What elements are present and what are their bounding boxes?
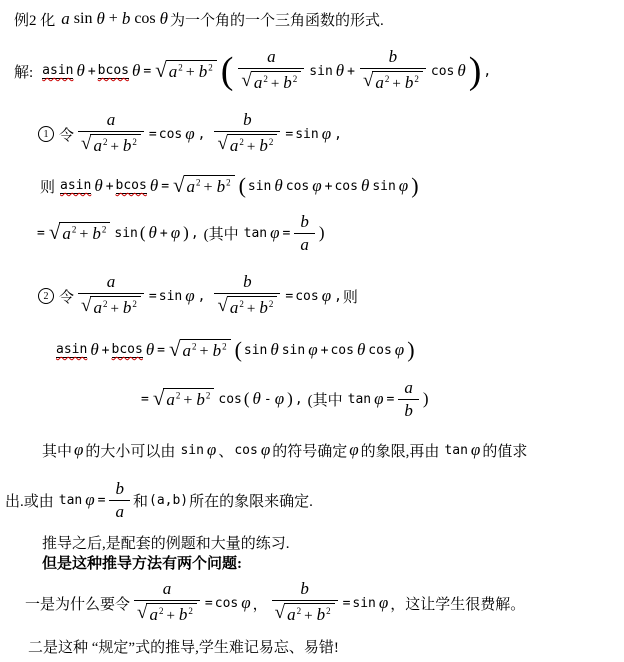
op-plus: +	[321, 343, 329, 358]
radicand: a2+b2	[90, 134, 140, 156]
var-phi: φ	[322, 286, 331, 306]
fn-sin: sin	[114, 226, 137, 241]
problems-heading: 但是这种推导方法有两个问题:	[42, 551, 242, 573]
fraction-denominator: √a2+b2	[214, 131, 280, 156]
op-plus: +	[186, 64, 195, 81]
op-plus: +	[88, 64, 96, 79]
fraction-numerator: b	[109, 480, 130, 500]
superscript-2: 2	[269, 299, 274, 309]
then-label: 则	[40, 176, 55, 197]
superscript-2: 2	[132, 137, 137, 147]
case1-definition: 1 令 a√a2+b2 = cos φ , b√a2+b2 = sin φ ,	[38, 102, 343, 166]
var-phi: φ	[185, 286, 194, 306]
fn-cos: cos	[218, 392, 241, 407]
var-a: a	[93, 136, 102, 155]
var-a: a	[287, 605, 296, 624]
term-bcos: bcos	[116, 178, 147, 194]
var-theta: θ	[150, 176, 158, 196]
var-a: a	[375, 73, 384, 92]
simple-fraction: ab	[398, 379, 419, 420]
var-a: a	[230, 298, 239, 317]
example-label: 例2 化	[14, 9, 55, 30]
sqrt-a2-plus-b2: √a2+b2	[49, 222, 111, 244]
numerator-var: a	[107, 110, 116, 129]
fn-cos: cos	[134, 10, 155, 28]
open-paren: (	[221, 52, 234, 90]
superscript-2: 2	[72, 224, 77, 234]
fraction-numerator: a	[161, 580, 174, 600]
op-plus: +	[79, 226, 88, 243]
close-paren: )	[287, 389, 293, 409]
superscript-2: 2	[103, 137, 108, 147]
simple-fraction: ba	[109, 480, 130, 521]
fraction-numerator: a	[398, 379, 419, 399]
open-paren: (	[140, 223, 146, 243]
op-plus: +	[102, 343, 110, 358]
solution-label: 解:	[14, 61, 33, 82]
fn-sin: sin	[248, 179, 271, 194]
denominator-var: a	[300, 235, 309, 254]
comma: ,	[191, 226, 199, 241]
numerator-var: b	[300, 212, 309, 231]
var-phi: φ	[322, 124, 331, 144]
superscript-2: 2	[206, 390, 211, 400]
comma: ,	[334, 289, 342, 304]
radicand: a2+b2	[227, 134, 277, 156]
superscript-2: 2	[188, 606, 193, 616]
superscript-2: 2	[103, 299, 108, 309]
radicand: a2+b2	[146, 603, 196, 625]
var-theta: θ	[457, 61, 465, 81]
fraction-over-sqrt: b√a2+b2	[360, 48, 426, 93]
var-theta: θ	[160, 9, 168, 29]
op-equals: =	[157, 343, 165, 358]
var-a: a	[254, 73, 263, 92]
fraction-over-sqrt: b√a2+b2	[214, 111, 280, 156]
var-b: b	[196, 390, 205, 409]
superscript-2: 2	[159, 606, 164, 616]
var-phi: φ	[379, 593, 388, 613]
document-page: 例2 化 a sin θ + b cos θ 为一个角的一个三角函数的形式. 解…	[0, 0, 624, 662]
var-phi: φ	[207, 440, 216, 460]
var-theta: θ	[96, 9, 104, 29]
sqrt-a2-plus-b2: √a2+b2	[217, 296, 277, 318]
fn-cos: cos	[286, 179, 309, 194]
var-phi: φ	[349, 440, 358, 460]
numerator-var: b	[243, 272, 252, 291]
var-phi: φ	[241, 593, 250, 613]
var-phi: φ	[312, 176, 321, 196]
example-text: 为一个角的一个三角函数的形式.	[170, 9, 384, 30]
case2-result: = √a2+b2 cos ( θ - φ ) , (其中 tan φ = ab …	[140, 370, 430, 428]
var-phi: φ	[85, 490, 94, 510]
superscript-2: 2	[239, 299, 244, 309]
text-segment: 和	[133, 490, 148, 511]
superscript-2: 2	[222, 341, 227, 351]
denominator-var: a	[115, 502, 124, 521]
op-plus: +	[204, 179, 213, 196]
op-plus: +	[247, 139, 255, 155]
phi-determination-continued: 出.或由 tan φ = ba 和 (a,b) 所在的象限来确定.	[5, 472, 313, 528]
op-plus: +	[304, 608, 312, 624]
var-theta: θ	[132, 61, 140, 81]
op-equals: =	[283, 226, 291, 241]
fraction-denominator: √a2+b2	[272, 600, 338, 625]
fraction-denominator: b	[398, 399, 419, 420]
superscript-2: 2	[297, 606, 302, 616]
op-plus: +	[166, 608, 174, 624]
sqrt-a2-plus-b2: √a2+b2	[275, 603, 335, 625]
fraction-denominator: √a2+b2	[360, 68, 426, 93]
var-a: a	[230, 136, 239, 155]
op-equals: =	[387, 392, 395, 407]
superscript-2: 2	[326, 606, 331, 616]
numerator-var: b	[389, 47, 398, 66]
var-b: b	[405, 73, 414, 92]
term-asin: asin	[56, 342, 87, 358]
phi-determination-text: 其中 φ 的大小可以由 sin φ 、 cos φ 的符号确定 φ 的象限,再由…	[42, 438, 527, 462]
fraction-denominator: √a2+b2	[214, 293, 280, 318]
var-theta: θ	[361, 176, 369, 196]
then-label: 则	[343, 286, 358, 307]
superscript-2: 2	[269, 137, 274, 147]
sqrt-a2-plus-b2: √a2+b2	[169, 339, 231, 361]
fraction-over-sqrt: b√a2+b2	[272, 580, 338, 625]
fraction-numerator: a	[105, 111, 118, 131]
fn-tan: tan	[444, 443, 467, 458]
fn-cos: cos	[334, 179, 357, 194]
text-segment: 的值求	[482, 440, 527, 461]
var-b: b	[283, 73, 292, 92]
text-segment: 一是为什么要令	[25, 593, 130, 614]
comma: ,	[483, 64, 491, 79]
op-equals: =	[149, 127, 157, 142]
superscript-2: 2	[102, 224, 107, 234]
fn-cos: cos	[234, 443, 257, 458]
case2-definition: 2 令 a√a2+b2 = sin φ , b√a2+b2 = cos φ , …	[38, 264, 358, 328]
comma: ,	[198, 289, 206, 304]
var-theta: θ	[76, 61, 84, 81]
var-a: a	[61, 9, 70, 29]
var-b: b	[92, 224, 101, 243]
fn-sin: sin	[352, 596, 375, 611]
superscript-2: 2	[176, 390, 181, 400]
op-plus: +	[106, 179, 114, 194]
var-a: a	[166, 390, 175, 409]
problem-two: 二是这种 “规定”式的推导,学生难记易忘、易错!	[28, 634, 339, 658]
fraction-denominator: √a2+b2	[238, 68, 304, 93]
op-plus: +	[110, 301, 118, 317]
term-bcos: bcos	[98, 63, 129, 79]
sqrt-a2-plus-b2: √a2+b2	[153, 388, 215, 410]
fn-sin: sin	[372, 179, 395, 194]
fraction-over-sqrt: a√a2+b2	[78, 273, 144, 318]
fn-tan: tan	[244, 226, 267, 241]
var-a: a	[183, 341, 192, 360]
superscript-2: 2	[385, 74, 390, 84]
text-segment: 出.或由	[5, 490, 54, 511]
fraction-numerator: a	[105, 273, 118, 293]
op-equals: =	[37, 226, 45, 241]
var-b: b	[123, 136, 132, 155]
op-minus: -	[264, 392, 272, 407]
var-b: b	[123, 298, 132, 317]
var-b: b	[199, 62, 208, 81]
op-equals: =	[285, 289, 293, 304]
var-a: a	[62, 224, 71, 243]
circled-number-2: 2	[38, 288, 54, 304]
op-equals: =	[285, 127, 293, 142]
text-segment: 的象限,再由	[361, 440, 440, 461]
radicand: a2+b2	[184, 175, 235, 197]
var-a: a	[187, 177, 196, 196]
var-b: b	[122, 9, 131, 29]
numerator-var: a	[163, 579, 172, 598]
radicand: a2+b2	[163, 388, 214, 410]
op-plus: +	[347, 64, 355, 79]
fn-sin: sin	[282, 343, 305, 358]
example-heading: 例2 化 a sin θ + b cos θ 为一个角的一个三角函数的形式.	[14, 8, 384, 30]
open-paren: (	[239, 175, 246, 197]
var-a: a	[149, 605, 158, 624]
solution-line: 解: asin θ + bcos θ = √a2+b2 ( a√a2+b2 si…	[14, 42, 492, 100]
var-phi: φ	[185, 124, 194, 144]
fraction-denominator: √a2+b2	[78, 293, 144, 318]
op-plus: +	[183, 392, 192, 409]
superscript-2: 2	[263, 74, 268, 84]
var-phi: φ	[261, 440, 270, 460]
text-segment: 推导之后,是配套的例题和大量的练习.	[42, 532, 290, 553]
simple-fraction: ba	[294, 213, 315, 254]
close-paren: )	[423, 389, 429, 409]
var-phi: φ	[471, 440, 480, 460]
var-theta: θ	[336, 61, 344, 81]
op-plus: +	[200, 343, 209, 360]
op-plus: +	[109, 10, 118, 28]
problem-one: 一是为什么要令 a√a2+b2 = cos φ ， b√a2+b2 = sin …	[25, 574, 525, 632]
fraction-numerator: b	[241, 111, 254, 131]
fraction-denominator: √a2+b2	[134, 600, 200, 625]
term-asin: asin	[60, 178, 91, 194]
numerator-var: b	[300, 579, 309, 598]
case2-expansion: asin θ + bcos θ = √a2+b2 ( sin θ sin φ +…	[55, 331, 416, 369]
comma: ,	[198, 127, 206, 142]
var-theta: θ	[94, 176, 102, 196]
op-equals: =	[141, 392, 149, 407]
fn-cos: cos	[295, 289, 318, 304]
fn-cos: cos	[159, 127, 182, 142]
close-paren: )	[411, 175, 418, 197]
var-b: b	[179, 605, 188, 624]
text-segment: 其中	[42, 440, 72, 461]
numerator-var: a	[107, 272, 116, 291]
superscript-2: 2	[208, 62, 213, 72]
numerator-var: a	[404, 378, 413, 397]
op-plus: +	[392, 76, 400, 92]
var-theta: θ	[270, 340, 278, 360]
var-phi: φ	[171, 223, 180, 243]
open-paren: (	[244, 389, 250, 409]
close-paren: )	[319, 223, 325, 243]
superscript-2: 2	[132, 299, 137, 309]
where-label: (其中	[204, 223, 239, 244]
fn-cos: cos	[368, 343, 391, 358]
radicand: a2+b2	[227, 296, 277, 318]
fraction-over-sqrt: b√a2+b2	[214, 273, 280, 318]
text-segment: 所在的象限来确定.	[189, 490, 313, 511]
op-equals: =	[143, 64, 151, 79]
var-a: a	[169, 62, 178, 81]
sqrt-a2-plus-b2: √a2+b2	[137, 603, 197, 625]
where-label: (其中	[308, 389, 343, 410]
numerator-var: b	[243, 110, 252, 129]
var-theta: θ	[274, 176, 282, 196]
fn-sin: sin	[74, 10, 93, 28]
sqrt-a2-plus-b2: √a2+b2	[155, 60, 217, 82]
var-b: b	[259, 298, 268, 317]
var-theta: θ	[253, 389, 261, 409]
practice-note: 推导之后,是配套的例题和大量的练习.	[42, 531, 290, 553]
radicand: a2+b2	[251, 71, 301, 93]
fraction-over-sqrt: a√a2+b2	[78, 111, 144, 156]
fraction-over-sqrt: a√a2+b2	[238, 48, 304, 93]
close-paren: )	[469, 52, 482, 90]
sqrt-a2-plus-b2: √a2+b2	[241, 71, 301, 93]
heading-text: 但是这种推导方法有两个问题:	[42, 552, 242, 573]
let-label: 令	[59, 124, 74, 145]
superscript-2: 2	[239, 137, 244, 147]
op-plus: +	[325, 179, 333, 194]
radicand: a2+b2	[372, 71, 422, 93]
radicand: a2+b2	[166, 60, 217, 82]
fraction-numerator: b	[241, 273, 254, 293]
let-label: 令	[59, 286, 74, 307]
var-theta: θ	[90, 340, 98, 360]
op-plus: +	[271, 76, 279, 92]
fn-sin: sin	[295, 127, 318, 142]
var-b: b	[259, 136, 268, 155]
var-phi: φ	[74, 440, 83, 460]
text-segment: ，这让学生很费解。	[390, 593, 525, 614]
superscript-2: 2	[293, 74, 298, 84]
op-plus: +	[160, 226, 168, 241]
fn-tan: tan	[348, 392, 371, 407]
sqrt-a2-plus-b2: √a2+b2	[81, 134, 141, 156]
fraction-numerator: b	[387, 48, 400, 68]
op-equals: =	[161, 179, 169, 194]
fraction-denominator: √a2+b2	[78, 131, 144, 156]
var-phi: φ	[270, 223, 279, 243]
fn-sin: sin	[159, 289, 182, 304]
text-segment: 的符号确定	[272, 440, 347, 461]
var-a: a	[93, 298, 102, 317]
text-segment: ，	[253, 593, 268, 614]
fraction-numerator: a	[265, 48, 278, 68]
fn-sin: sin	[180, 443, 203, 458]
superscript-2: 2	[414, 74, 419, 84]
term-asin: asin	[42, 63, 73, 79]
text-segment: 、	[218, 440, 233, 461]
op-plus: +	[110, 139, 118, 155]
coordinate-pair: (a,b)	[149, 493, 188, 508]
var-phi: φ	[395, 340, 404, 360]
comma: ,	[334, 127, 342, 142]
open-paren: (	[235, 339, 242, 361]
comma: ,	[295, 392, 303, 407]
superscript-2: 2	[192, 341, 197, 351]
op-equals: =	[343, 596, 351, 611]
sqrt-a2-plus-b2: √a2+b2	[217, 134, 277, 156]
var-phi: φ	[275, 389, 284, 409]
fn-cos: cos	[215, 596, 238, 611]
fraction-numerator: b	[298, 580, 311, 600]
radicand: a2+b2	[90, 296, 140, 318]
superscript-2: 2	[196, 177, 201, 187]
var-phi: φ	[374, 389, 383, 409]
superscript-2: 2	[178, 62, 183, 72]
var-b: b	[317, 605, 326, 624]
term-bcos: bcos	[112, 342, 143, 358]
radicand: a2+b2	[284, 603, 334, 625]
op-equals: =	[149, 289, 157, 304]
close-paren: )	[407, 339, 414, 361]
numerator-var: a	[267, 47, 276, 66]
op-plus: +	[247, 301, 255, 317]
sqrt-a2-plus-b2: √a2+b2	[81, 296, 141, 318]
numerator-var: b	[115, 479, 124, 498]
var-b: b	[213, 341, 222, 360]
denominator-var: b	[404, 401, 413, 420]
var-phi: φ	[308, 340, 317, 360]
radicand: a2+b2	[59, 222, 110, 244]
fraction-denominator: a	[109, 500, 130, 521]
close-paren: )	[183, 223, 189, 243]
fn-tan: tan	[59, 493, 82, 508]
circled-number-1: 1	[38, 126, 54, 142]
case1-expansion: 则 asin θ + bcos θ = √a2+b2 ( sin θ cos φ…	[40, 168, 420, 204]
var-phi: φ	[399, 176, 408, 196]
sqrt-a2-plus-b2: √a2+b2	[363, 71, 423, 93]
fraction-over-sqrt: a√a2+b2	[134, 580, 200, 625]
op-equals: =	[205, 596, 213, 611]
fn-sin: sin	[309, 64, 332, 79]
var-theta: θ	[146, 340, 154, 360]
radicand: a2+b2	[180, 339, 231, 361]
fn-sin: sin	[244, 343, 267, 358]
var-b: b	[217, 177, 226, 196]
fraction-denominator: a	[294, 233, 315, 254]
text-segment: 的大小可以由	[85, 440, 175, 461]
fn-cos: cos	[431, 64, 454, 79]
fraction-numerator: b	[294, 213, 315, 233]
op-equals: =	[98, 493, 106, 508]
var-theta: θ	[149, 223, 157, 243]
var-theta: θ	[357, 340, 365, 360]
text-segment: 二是这种 “规定”式的推导,学生难记易忘、易错!	[28, 636, 339, 657]
fn-cos: cos	[330, 343, 353, 358]
sqrt-a2-plus-b2: √a2+b2	[173, 175, 235, 197]
superscript-2: 2	[226, 177, 231, 187]
case1-result: = √a2+b2 sin ( θ + φ ) , (其中 tan φ = ba …	[36, 204, 326, 262]
